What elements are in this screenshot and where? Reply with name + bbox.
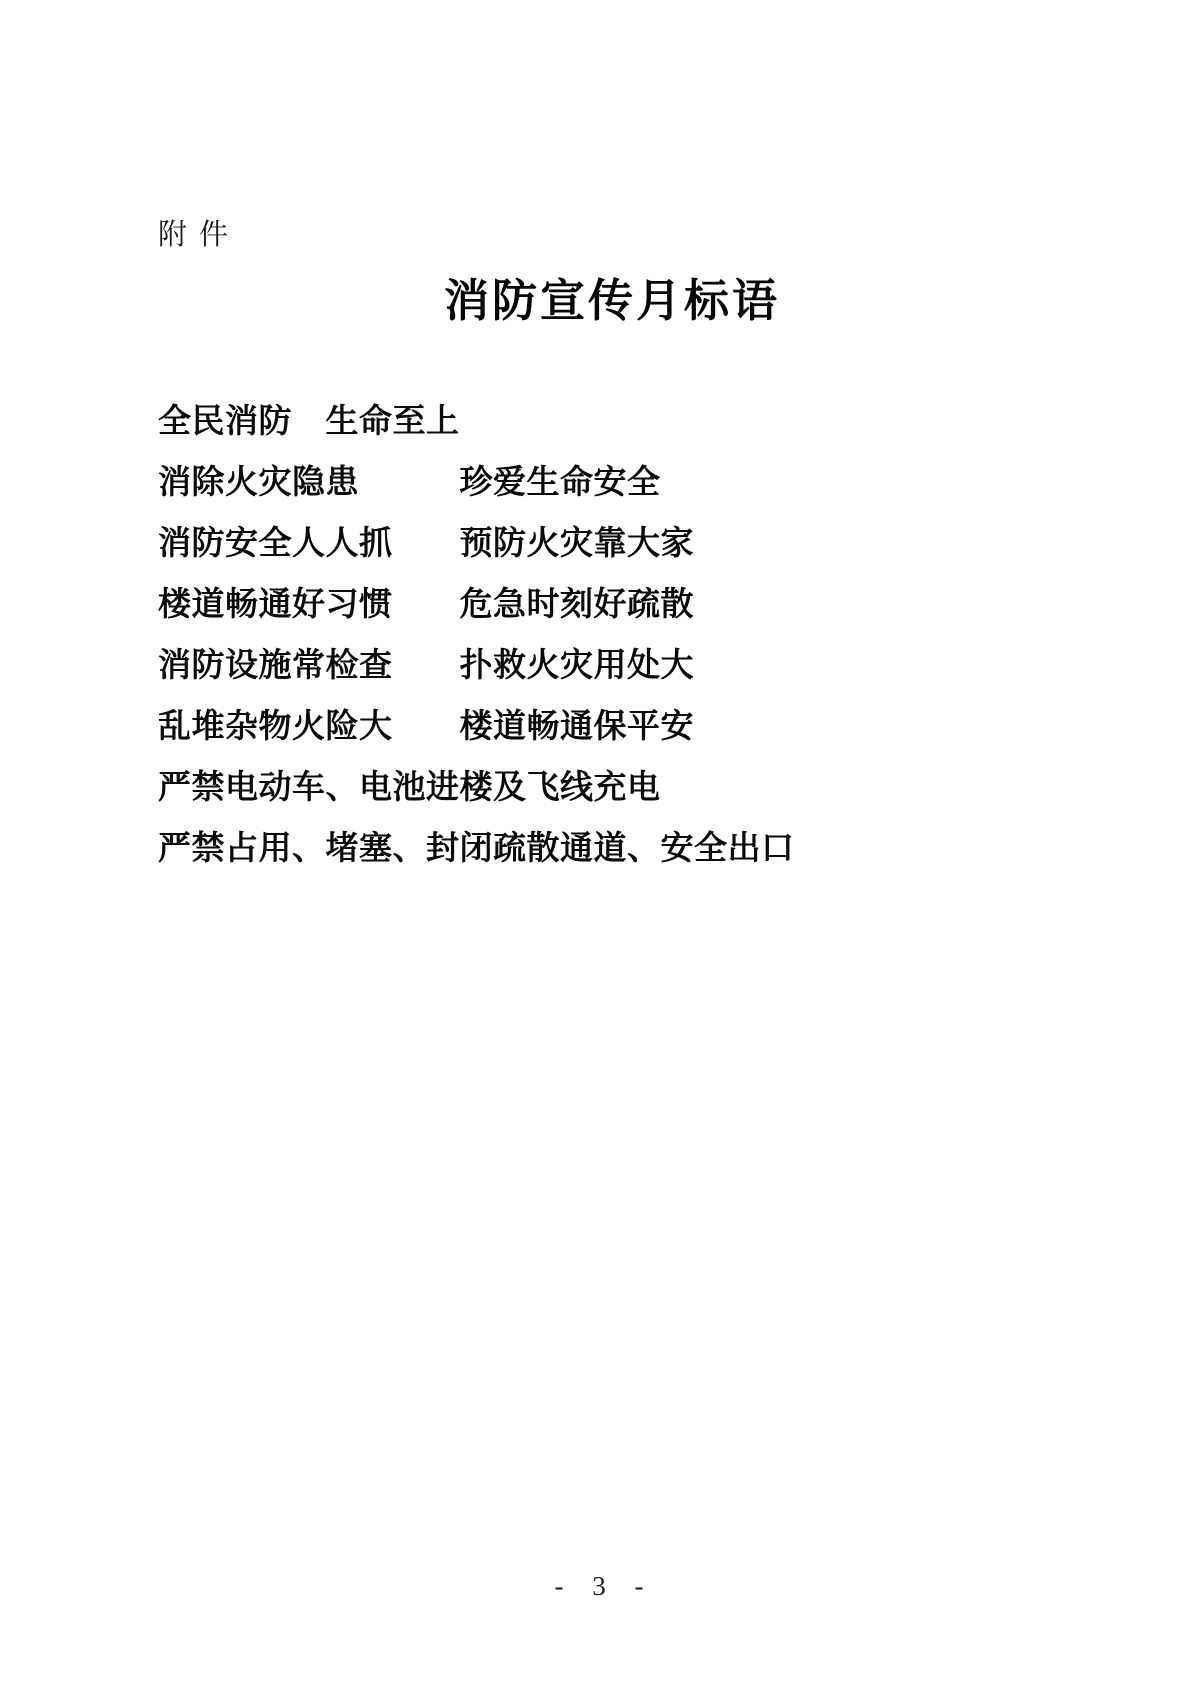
slogan-line-2: 消除火灾隐患 珍爱生命安全 <box>158 451 1058 512</box>
slogan-line-3: 消防安全人人抓 预防火灾靠大家 <box>158 512 1058 573</box>
slogan-line-7: 严禁电动车、电池进楼及飞线充电 <box>158 756 1058 817</box>
slogan-line-1: 全民消防 生命至上 <box>158 390 1058 451</box>
document-page: 附件 消防宣传月标语 全民消防 生命至上 消除火灾隐患 珍爱生命安全 消防安全人… <box>0 0 1190 1684</box>
slogan-line-4: 楼道畅通好习惯 危急时刻好疏散 <box>158 573 1058 634</box>
page-number: - 3 - <box>0 1571 1190 1602</box>
page-title: 消防宣传月标语 <box>0 264 1190 329</box>
slogan-list: 全民消防 生命至上 消除火灾隐患 珍爱生命安全 消防安全人人抓 预防火灾靠大家 … <box>158 390 1058 878</box>
slogan-line-8: 严禁占用、堵塞、封闭疏散通道、安全出口 <box>158 817 1058 878</box>
slogan-line-5: 消防设施常检查 扑救火灾用处大 <box>158 634 1058 695</box>
slogan-line-6: 乱堆杂物火险大 楼道畅通保平安 <box>158 695 1058 756</box>
attachment-label: 附件 <box>158 212 240 253</box>
